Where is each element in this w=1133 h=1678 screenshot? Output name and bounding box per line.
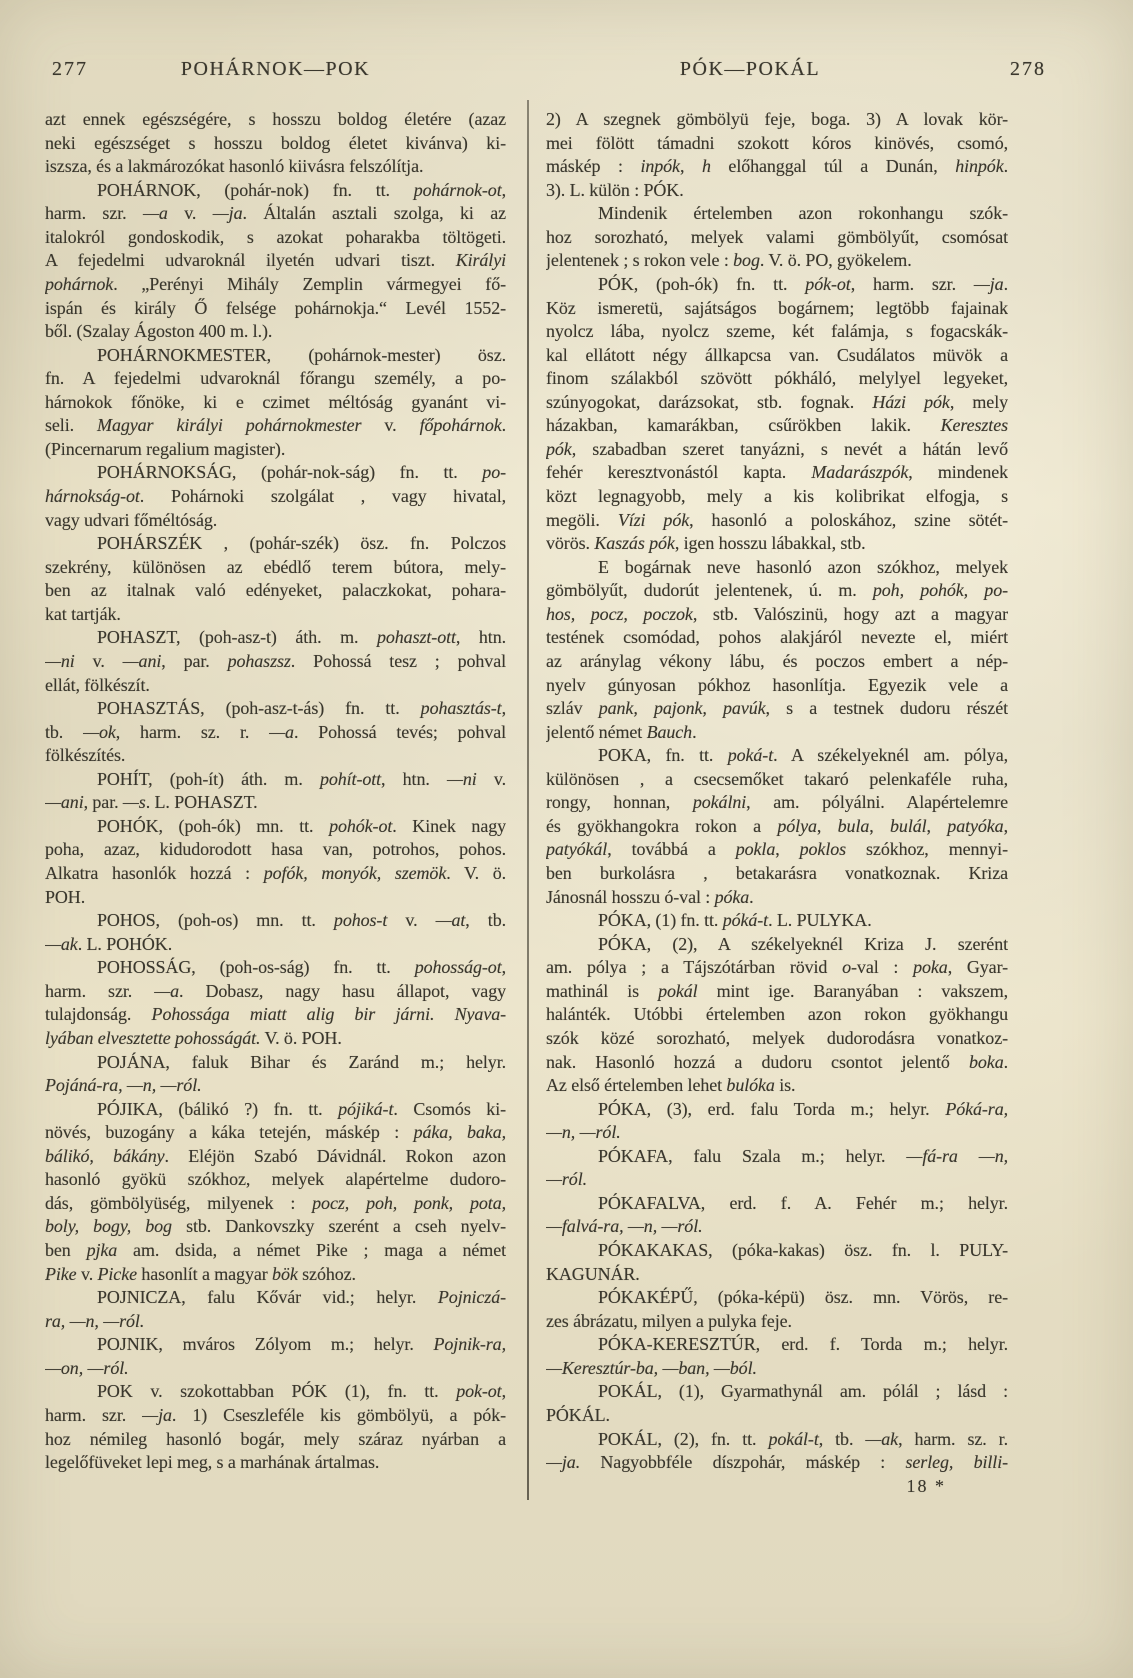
text-line: finom szálakból szövött pókháló, melylye… (546, 367, 1008, 391)
text-line: hos, pocz, poczok, stb. Valószinü, hogy … (546, 603, 1008, 627)
text-line: POH. (45, 886, 506, 910)
text-line: máskép : inpók, h előhanggal túl a Dunán… (546, 155, 1008, 179)
text-line: vagy udvari főméltóság. (45, 509, 506, 533)
text-line: PÓK, (poh-ók) fn. tt. pók-ot, harm. szr.… (546, 273, 1008, 297)
text-line: nyelv gúnyosan pókhoz hasonlítja. Egyezi… (546, 674, 1008, 698)
text-line: am. pólya ; a Tájszótárban rövid o-val :… (546, 956, 1008, 980)
text-line: kal ellátott négy állkapcsa van. Csudála… (546, 344, 1008, 368)
running-head-right: PÓK—POKÁL (530, 58, 970, 84)
running-head-left: POHÁRNOK—POK (45, 58, 506, 84)
text-line: POHÓK, (poh-ók) mn. tt. pohók-ot. Kinek … (45, 815, 506, 839)
text-line: seli. Magyar királyi pohárnokmester v. f… (45, 414, 506, 438)
text-line: Az első értelemben lehet bulóka is. (546, 1074, 1008, 1098)
text-line: PÓKA, (1) fn. tt. póká-t. L. PULYKA. (546, 909, 1008, 933)
text-line: POJÁNA, faluk Bihar és Zaránd m.; helyr. (45, 1051, 506, 1075)
text-line: pók, szabadban szeret tanyázni, s nevét … (546, 438, 1008, 462)
text-line: —ni v. —ani, par. pohaszsz. Pohossá tesz… (45, 650, 506, 674)
text-line: nak. Hasonló hozzá a dudoru csontot jele… (546, 1051, 1008, 1075)
column-divider-rule (527, 100, 529, 1500)
text-line: —n, —ról. (546, 1121, 1008, 1145)
text-line: különösen , a csecsemőket takaró pelenka… (546, 768, 1008, 792)
text-line: ben pjka am. dsida, a német Pike ; maga … (45, 1239, 506, 1263)
text-line: legelőfüveket lepi meg, s a marhának árt… (45, 1451, 506, 1475)
text-line: az aránylag vékony lábu, és poczos ember… (546, 650, 1008, 674)
text-line: tulajdonság. Pohossága miatt alig bir já… (45, 1003, 506, 1027)
text-line: POHOSSÁG, (poh-os-ság) fn. tt. pohosság-… (45, 956, 506, 980)
text-line: nyolcz lába, nyolcz szeme, két falámja, … (546, 320, 1008, 344)
text-line: harm. szr. —ja. 1) Cseszleféle kis gömbö… (45, 1404, 506, 1428)
text-line: —ak. L. POHÓK. (45, 933, 506, 957)
text-line: POHASZTÁS, (poh-asz-t-ás) fn. tt. pohasz… (45, 697, 506, 721)
text-line: ra, —n, —ról. (45, 1310, 506, 1334)
text-line: Jánosnál hosszu ó-val : póka. (546, 886, 1008, 910)
text-line: jelentenek ; s rokon vele : bog. V. ö. P… (546, 249, 1008, 273)
text-line: PÓKAFA, falu Szala m.; helyr. —fá-ra —n, (546, 1145, 1008, 1169)
text-line: 18 * (546, 1475, 1008, 1499)
dictionary-page-scan: 277 POHÁRNOK—POK PÓK—POKÁL 278 azt ennek… (0, 0, 1133, 1678)
text-line: szók közé sorozható, melyek dudorodásra … (546, 1027, 1008, 1051)
text-line: ellát, fölkészít. (45, 674, 506, 698)
text-line: szúnyogokat, darázsokat, stb. fognak. Há… (546, 391, 1008, 415)
column-right: 2) A szegnek gömbölyü feje, boga. 3) A l… (546, 108, 1008, 1498)
text-line: ben burkolásra , betakarásra vonatkoznak… (546, 862, 1008, 886)
text-line: 2) A szegnek gömbölyü feje, boga. 3) A l… (546, 108, 1008, 132)
text-line: közt legnagyobb, mely a kis kolibrikat e… (546, 485, 1008, 509)
text-line: bálikó, bákány. Eléjön Szabó Dávidnál. R… (45, 1145, 506, 1169)
text-line: megöli. Vízi pók, hasonló a poloskához, … (546, 509, 1008, 533)
text-line: —falvá-ra, —n, —ról. (546, 1215, 1008, 1239)
text-line: dás, gömbölyüség, milyenek : pocz, poh, … (45, 1192, 506, 1216)
text-line: PÓKAKAKAS, (póka-kakas) ösz. fn. l. PULY… (546, 1239, 1008, 1263)
text-line: zes ábrázatu, milyen a pulyka feje. (546, 1310, 1008, 1334)
text-line: —ja. Nagyobbféle díszpohár, máskép : ser… (546, 1451, 1008, 1475)
text-line: iszsza, és a lakmározókat hasonló kiivás… (45, 155, 506, 179)
text-line: italokról gondoskodik, s azokat poharakb… (45, 226, 506, 250)
text-line: —on, —ról. (45, 1357, 506, 1381)
text-line: POHÁRNOKSÁG, (pohár-nok-ság) fn. tt. po- (45, 461, 506, 485)
text-line: fölkészítés. (45, 744, 506, 768)
text-line: fn. A fejedelmi udvaroknál főrangu szemé… (45, 367, 506, 391)
text-line: hoz némileg hasonló bogár, mely száraz n… (45, 1428, 506, 1452)
text-line: halánték. Utóbbi értelemben azon rokon g… (546, 1003, 1008, 1027)
text-line: POHÁRSZÉK , (pohár-szék) ösz. fn. Polczo… (45, 532, 506, 556)
column-left: azt ennek egészségére, s hosszu boldog é… (45, 108, 506, 1475)
text-line: szláv pank, pajonk, pavúk, s a testnek d… (546, 697, 1008, 721)
text-line: vörös. Kaszás pók, igen hosszu lábakkal,… (546, 532, 1008, 556)
text-line: azt ennek egészségére, s hosszu boldog é… (45, 108, 506, 132)
text-line: házakban, kamarákban, csűrökben lakik. K… (546, 414, 1008, 438)
text-line: Alkatra hasonlók hozzá : pofók, monyók, … (45, 862, 506, 886)
text-line: hoz sorozható, melyek valami gömbölyűt, … (546, 226, 1008, 250)
text-line: —ról. (546, 1168, 1008, 1192)
text-line: PÓKAKÉPŰ, (póka-képü) ösz. mn. Vörös, re… (546, 1286, 1008, 1310)
text-line: POKÁL, (1), Gyarmathynál am. pólál ; lás… (546, 1380, 1008, 1404)
text-line: ből. (Szalay Ágoston 400 m. l.). (45, 320, 506, 344)
text-line: ispán és király Ő felsége pohárnokja.“ L… (45, 297, 506, 321)
text-line: növés, buzogány a káka tetején, máskép :… (45, 1121, 506, 1145)
text-line: 3). L. külön : PÓK. (546, 179, 1008, 203)
text-line: pohárnok. „Perényi Mihály Zemplin vármeg… (45, 273, 506, 297)
text-line: E bogárnak neve hasonló azon szókhoz, me… (546, 556, 1008, 580)
text-line: PÓKAFALVA, erd. f. A. Fehér m.; helyr. (546, 1192, 1008, 1216)
text-line: POKÁL, (2), fn. tt. pokál-t, tb. —ak, ha… (546, 1428, 1008, 1452)
text-line: ben az italnak való edényeket, palaczkok… (45, 579, 506, 603)
text-line: tb. —ok, harm. sz. r. —a. Pohossá tevés;… (45, 721, 506, 745)
text-line: jelentő német Bauch. (546, 721, 1008, 745)
text-line: —Keresztúr-ba, —ban, —ból. (546, 1357, 1008, 1381)
text-line: POHÍT, (poh-ít) áth. m. pohít-ott, htn. … (45, 768, 506, 792)
text-line: POK v. szokottabban PÓK (1), fn. tt. pok… (45, 1380, 506, 1404)
text-line: patyókál, továbbá a pokla, poklos szókho… (546, 838, 1008, 862)
text-line: POJNIK, mváros Zólyom m.; helyr. Pojnik-… (45, 1333, 506, 1357)
text-line: PÓKÁL. (546, 1404, 1008, 1428)
text-line: (Pincernarum regalium magister). (45, 438, 506, 462)
text-line: POHASZT, (poh-asz-t) áth. m. pohaszt-ott… (45, 626, 506, 650)
text-line: harm. szr. —a. Dobasz, nagy hasu állapot… (45, 980, 506, 1004)
text-line: PÓJIKA, (bálikó ?) fn. tt. pójiká-t. Cso… (45, 1098, 506, 1122)
text-line: POHÁRNOKMESTER, (pohárnok-mester) ösz. (45, 344, 506, 368)
text-line: és gyökhangokra rokon a pólya, bula, bul… (546, 815, 1008, 839)
text-line: neki egészséget s hosszu boldog életet k… (45, 132, 506, 156)
text-line: mathinál is pokál mint ige. Baranyában :… (546, 980, 1008, 1004)
text-line: Köz ismeretü, sajátságos bogárnem; legtö… (546, 297, 1008, 321)
text-line: POJNICZA, falu Kővár vid.; helyr. Pojnic… (45, 1286, 506, 1310)
text-line: POHOS, (poh-os) mn. tt. pohos-t v. —at, … (45, 909, 506, 933)
text-line: rongy, honnan, pokálni, am. pólyálni. Al… (546, 791, 1008, 815)
text-line: hasonló gyökü szókhoz, melyek alapértelm… (45, 1168, 506, 1192)
text-line: Mindenik értelemben azon rokonhangu szók… (546, 202, 1008, 226)
text-line: kat tartják. (45, 603, 506, 627)
text-line: Pike v. Picke hasonlít a magyar bök szóh… (45, 1263, 506, 1287)
text-line: —ani, par. —s. L. POHASZT. (45, 791, 506, 815)
text-line: testének csomódad, pohos alakjáról nevez… (546, 626, 1008, 650)
text-line: POHÁRNOK, (pohár-nok) fn. tt. pohárnok-o… (45, 179, 506, 203)
text-line: POKA, fn. tt. poká-t. A székelyeknél am.… (546, 744, 1008, 768)
text-line: lyában elvesztette pohosságát. V. ö. POH… (45, 1027, 506, 1051)
text-line: szekrény, különösen az ebédlő terem búto… (45, 556, 506, 580)
text-line: hárnokság-ot. Pohárnoki szolgálat , vagy… (45, 485, 506, 509)
text-line: harm. szr. —a v. —ja. Általán asztali sz… (45, 202, 506, 226)
text-line: PÓKA, (2), A székelyeknél Kriza J. szeré… (546, 933, 1008, 957)
text-line: PÓKA-KERESZTÚR, erd. f. Torda m.; helyr. (546, 1333, 1008, 1357)
text-line: Pojáná-ra, —n, —ról. (45, 1074, 506, 1098)
text-line: gömbölyűt, dudorút jelentenek, ú. m. poh… (546, 579, 1008, 603)
text-line: PÓKA, (3), erd. falu Torda m.; helyr. Pó… (546, 1098, 1008, 1122)
text-line: A fejedelmi udvaroknál ilyetén udvari ti… (45, 249, 506, 273)
text-line: poha, azaz, kidudorodott hasa van, potro… (45, 838, 506, 862)
page-number-right: 278 (1010, 58, 1046, 81)
text-line: hárnokok főnöke, ki e czimet méltóság gy… (45, 391, 506, 415)
text-line: KAGUNÁR. (546, 1263, 1008, 1287)
text-line: boly, bogy, bog stb. Dankovszky szerént … (45, 1215, 506, 1239)
text-line: fehér keresztvonástól kapta. Madarászpók… (546, 461, 1008, 485)
text-line: mei fölött támadni szokott kóros kinövés… (546, 132, 1008, 156)
